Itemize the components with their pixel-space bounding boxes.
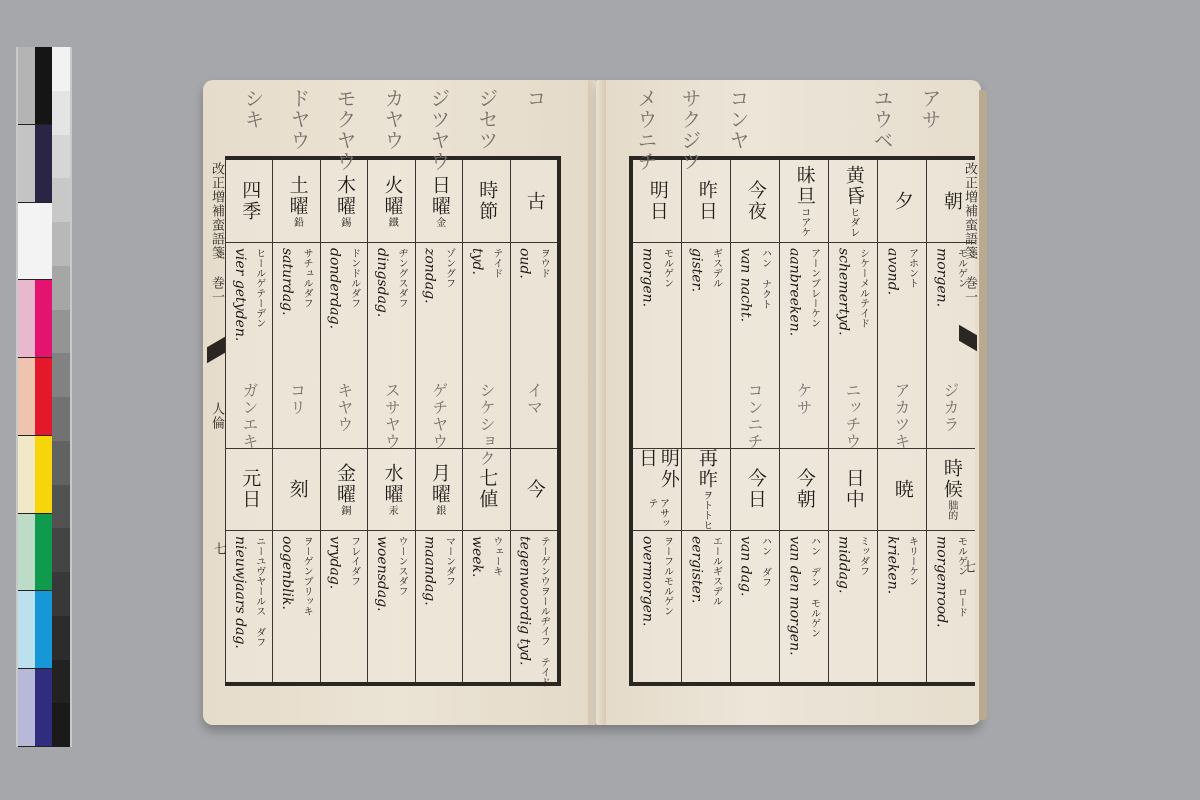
headword-kanji: 水曜汞 — [368, 448, 414, 530]
headword: 夕 — [891, 191, 913, 212]
grayscale-ramp — [52, 47, 70, 747]
section-marker — [207, 337, 225, 363]
pencil-annotation: ニッチウ — [841, 382, 864, 450]
pencil-margin-note: アサ — [916, 88, 945, 130]
headword: 日曜 — [428, 175, 450, 217]
headword-kanji: 昨日 — [682, 160, 730, 242]
katakana-reading: ヲーフルモルゲン — [660, 536, 675, 764]
color-swatch — [18, 125, 35, 203]
definition-cell: ハン デン モルゲンvan den morgen. — [780, 530, 828, 764]
headword-kanji: 刻 — [273, 448, 319, 530]
pencil-annotation: アカツキ — [890, 382, 913, 450]
color-swatch — [52, 310, 70, 354]
headword-annotation: 鉛 — [291, 217, 303, 227]
color-swatch — [18, 358, 35, 436]
color-swatch — [35, 358, 52, 436]
color-swatch — [35, 280, 52, 358]
katakana-reading: ウェーキ — [489, 536, 504, 764]
headword-kanji: 火曜鐵 — [368, 160, 414, 242]
pencil-margin-note: シキ — [239, 88, 268, 130]
headword-annotation: 鐵 — [386, 217, 398, 227]
color-swatches-saturated — [35, 47, 52, 747]
definition-cell: ヲーゲンブリッキoogenblik. — [273, 530, 319, 764]
headword-kanji: 今夜 — [731, 160, 779, 242]
headword-annotation: ヲトトヒ — [700, 490, 712, 530]
katakana-reading: サチュルダフ — [299, 248, 314, 448]
katakana-reading: ヲーゲンブリッキ — [299, 536, 314, 764]
dutch-word: eergister. — [689, 536, 705, 764]
headword-kanji: 明日 — [633, 160, 681, 242]
dutch-word: van dag. — [738, 536, 754, 764]
color-swatch — [18, 280, 35, 358]
katakana-reading: ミッダフ — [856, 536, 871, 764]
headword: 今日 — [744, 468, 766, 510]
headword: 金曜 — [333, 463, 355, 505]
definition-cell: サチュルダフsaturdag. — [273, 242, 319, 448]
color-swatch — [52, 703, 70, 747]
pencil-margin-note: コンヤ — [724, 88, 753, 151]
headword: 古 — [523, 191, 545, 212]
katakana-reading: アーンブレーケン — [807, 248, 822, 448]
headword-kanji: 今 — [511, 448, 557, 530]
headword: 今朝 — [793, 468, 815, 510]
color-swatch — [52, 397, 70, 441]
headword: 黄昏 — [842, 165, 864, 207]
dutch-word: van den morgen. — [787, 536, 803, 764]
definition-cell: テーゲンウヲールヂイフ テイドtegenwoordig tyd. — [511, 530, 557, 764]
color-swatch — [18, 591, 35, 669]
color-swatch — [35, 203, 52, 281]
table-column: 古ヲウドoud.イマ今テーゲンウヲールヂイフ テイドtegenwoordig t… — [510, 160, 557, 682]
headword-kanji: 時候朏的 — [927, 448, 975, 530]
table-column: 昧旦コアケアーンブレーケンaanbreeken.ケサ今朝ハン デン モルゲンva… — [779, 160, 828, 682]
book-title-margin: 改正増補蛮語箋 巻一 — [960, 162, 979, 304]
table-column: 日曜金ゾングフzondag.ゲチヤウ月曜銀マーンダフmaandag. — [415, 160, 462, 682]
definition-cell: ハン ダフvan dag. — [731, 530, 779, 764]
pencil-annotation: コンニチ — [743, 382, 766, 450]
dutch-word: tegenwoordig tyd. — [516, 536, 532, 764]
color-swatch — [35, 669, 52, 747]
headword-kanji: 土曜鉛 — [273, 160, 319, 242]
table-column: 土曜鉛サチュルダフsaturdag.コリ刻ヲーゲンブリッキoogenblik. — [272, 160, 319, 682]
pencil-margin-note: メウニチ — [632, 88, 661, 172]
table-column: 今夜ハン ナクトvan nacht.コンニチ今日ハン ダフvan dag. — [730, 160, 779, 682]
color-calibration-strip — [16, 47, 72, 747]
color-swatch — [18, 669, 35, 747]
headword-annotation: 朏的 — [945, 500, 957, 520]
headword-kanji: 今朝 — [780, 448, 828, 530]
katakana-reading: ハン デン モルゲン — [807, 536, 822, 764]
headword-kanji: 四季 — [226, 160, 272, 242]
definition-cell: ウーンスダフwoensdag. — [368, 530, 414, 764]
headword-annotation: 銅 — [338, 505, 350, 515]
dutch-word: krieken. — [885, 536, 901, 764]
headword-annotation: 銀 — [433, 505, 445, 515]
table-column: 火曜鐵ヂングスダフdingsdag.スサヤウ水曜汞ウーンスダフwoensdag. — [367, 160, 414, 682]
headword-annotation: コアケ — [798, 207, 810, 237]
table-column: 昨日ギスデルgister.再昨ヲトトヒエールギスデルeergister. — [681, 160, 730, 682]
headword: 水曜 — [381, 463, 403, 505]
headword: 明外日 — [635, 448, 679, 498]
headword-kanji: 再昨ヲトトヒ — [682, 448, 730, 530]
pencil-annotation: ガンエキ — [238, 382, 261, 450]
headword: 元日 — [238, 468, 260, 510]
dutch-word: week. — [469, 536, 485, 764]
dutch-word: oogenblik. — [279, 536, 295, 764]
dutch-word: oud. — [516, 248, 532, 448]
table-column: 黄昏ヒダレシケーメルテイドschemertyd.ニッチウ日中ミッダフmiddag… — [828, 160, 877, 682]
color-swatch — [18, 203, 35, 281]
headword-kanji: 古 — [511, 160, 557, 242]
headword-annotation: 錫 — [338, 217, 350, 227]
dutch-word: nieuwjaars dag. — [232, 536, 248, 764]
color-swatch — [18, 47, 35, 125]
pencil-margin-note: ユウベ — [868, 88, 897, 151]
headword: 朝 — [940, 191, 962, 212]
headword-kanji: 黄昏ヒダレ — [829, 160, 877, 242]
pencil-annotation: キヤウ — [333, 382, 356, 433]
headword: 暁 — [891, 479, 913, 500]
folio-number: 七 — [209, 542, 228, 556]
headword-annotation: 汞 — [386, 505, 398, 515]
headword-kanji: 七値 — [463, 448, 509, 530]
dutch-word: woensdag. — [374, 536, 390, 764]
pencil-margin-note: モクヤウ — [331, 88, 360, 172]
headword-kanji: 金曜銅 — [321, 448, 367, 530]
color-swatch — [52, 266, 70, 310]
katakana-reading: マーンダフ — [441, 536, 456, 764]
definition-cell: モルゲンmorgen. — [633, 242, 681, 448]
definition-cell: ヲウドoud. — [511, 242, 557, 448]
table-column: 四季ヒールゲテーデンvier getyden.ガンエキ元日ニーユヴヤールス ダフ… — [225, 160, 272, 682]
color-swatch — [52, 441, 70, 485]
dutch-word: saturdag. — [279, 248, 295, 448]
katakana-reading: フレイダフ — [347, 536, 362, 764]
vocabulary-table-right: 朝モルゲンmorgen.ジカラ時候朏的モルゲン ロードmorgenrood.夕ア… — [629, 156, 975, 686]
color-swatch — [35, 125, 52, 203]
pencil-margin-note: コ — [521, 88, 550, 109]
headword: 再昨 — [695, 448, 717, 490]
color-swatch — [35, 436, 52, 514]
color-swatch — [52, 660, 70, 704]
headword: 刻 — [286, 479, 308, 500]
definition-cell: アーンブレーケンaanbreeken. — [780, 242, 828, 448]
headword-kanji: 明外日アサッテ — [633, 448, 681, 530]
pencil-annotation: スサヤウ — [380, 382, 403, 450]
pencil-margin-note: ジツヤウ — [425, 88, 454, 172]
dutch-word: middag. — [836, 536, 852, 764]
color-swatch — [52, 353, 70, 397]
definition-cell: ウェーキweek. — [463, 530, 509, 764]
definition-cell: マーンダフmaandag. — [416, 530, 462, 764]
definition-cell: ニーユヴヤールス ダフnieuwjaars dag. — [226, 530, 272, 764]
definition-cell: キリーケンkrieken. — [878, 530, 926, 764]
definition-cell: ミッダフmiddag. — [829, 530, 877, 764]
color-swatch — [18, 436, 35, 514]
headword-kanji: 日中 — [829, 448, 877, 530]
katakana-reading: ハン ダフ — [758, 536, 773, 764]
book-title-margin: 改正増補蛮語箋 巻一 — [207, 162, 226, 304]
color-swatch — [52, 91, 70, 135]
headword: 日中 — [842, 468, 864, 510]
dutch-word: vrydag. — [327, 536, 343, 764]
headword: 今夜 — [744, 180, 766, 222]
vocabulary-table-left: 古ヲウドoud.イマ今テーゲンウヲールヂイフ テイドtegenwoordig t… — [225, 156, 561, 686]
folio-number: 七 — [958, 560, 977, 574]
color-swatch — [35, 47, 52, 125]
definition-cell: ヲーフルモルゲンovermorgen. — [633, 530, 681, 764]
pencil-margin-note: サクジツ — [676, 88, 705, 172]
katakana-reading: ヲウド — [536, 248, 551, 448]
dutch-word: gister. — [689, 248, 705, 448]
color-swatch — [52, 485, 70, 529]
headword: 月曜 — [428, 463, 450, 505]
katakana-reading: エールギスデル — [709, 536, 724, 764]
headword: 明日 — [646, 180, 668, 222]
pencil-margin-note: ジセツ — [473, 88, 502, 151]
pencil-margin-note: ドヤウ — [285, 88, 314, 151]
pencil-annotation: ゲチヤウ — [428, 382, 451, 450]
pencil-annotation: ジカラ — [939, 382, 962, 433]
pencil-annotation: イマ — [523, 382, 546, 416]
headword-kanji: 時節 — [463, 160, 509, 242]
pencil-annotation: コリ — [285, 382, 308, 416]
headword: 火曜 — [381, 175, 403, 217]
headword-annotation: アサッテ — [646, 498, 669, 530]
dutch-word: aanbreeken. — [787, 248, 803, 448]
right-page: 朝モルゲンmorgen.ジカラ時候朏的モルゲン ロードmorgenrood.夕ア… — [596, 80, 981, 725]
headword: 時節 — [475, 180, 497, 222]
headword: 昧旦 — [793, 165, 815, 207]
color-swatch — [35, 514, 52, 592]
headword-kanji: 昧旦コアケ — [780, 160, 828, 242]
color-swatch — [52, 47, 70, 91]
table-column: 夕アホントavond.アカツキ暁キリーケンkrieken. — [877, 160, 926, 682]
headword: 土曜 — [286, 175, 308, 217]
definition-cell: ギスデルgister. — [682, 242, 730, 448]
headword: 今 — [523, 479, 545, 500]
katakana-reading: ギスデル — [709, 248, 724, 448]
color-swatch — [52, 178, 70, 222]
color-swatch — [18, 514, 35, 592]
table-column: 時節テイドtyd.シケショク七値ウェーキweek. — [462, 160, 509, 682]
color-swatch — [52, 616, 70, 660]
definition-cell: エールギスデルeergister. — [682, 530, 730, 764]
dutch-word: maandag. — [421, 536, 437, 764]
pencil-margin-note: カヤウ — [379, 88, 408, 151]
headword-kanji: 元日 — [226, 448, 272, 530]
headword: 木曜 — [333, 175, 355, 217]
katakana-reading: キリーケン — [905, 536, 920, 764]
dutch-word: morgen. — [640, 248, 656, 448]
headword-kanji: 夕 — [878, 160, 926, 242]
left-page: 古ヲウドoud.イマ今テーゲンウヲールヂイフ テイドtegenwoordig t… — [203, 80, 596, 725]
section-label: 人倫 — [207, 402, 226, 430]
table-column: 明日モルゲンmorgen.明外日アサッテヲーフルモルゲンovermorgen. — [633, 160, 681, 682]
katakana-reading: ウーンスダフ — [394, 536, 409, 764]
katakana-reading: テーゲンウヲールヂイフ テイド — [536, 536, 551, 764]
katakana-reading: ニーユヴヤールス ダフ — [252, 536, 267, 764]
headword-annotation: ヒダレ — [847, 207, 859, 237]
katakana-reading: モルゲン — [660, 248, 675, 448]
headword: 昨日 — [695, 180, 717, 222]
color-swatch — [52, 135, 70, 179]
open-book: 古ヲウドoud.イマ今テーゲンウヲールヂイフ テイドtegenwoordig t… — [203, 80, 981, 730]
table-column: 木曜錫ドンドルダフdonderdag.キヤウ金曜銅フレイダフvrydag. — [320, 160, 367, 682]
headword-kanji: 日曜金 — [416, 160, 462, 242]
pencil-annotation: ケサ — [792, 382, 815, 416]
color-swatch — [52, 572, 70, 616]
headword: 七値 — [475, 468, 497, 510]
color-swatch — [35, 591, 52, 669]
book-gutter — [588, 80, 606, 725]
headword: 四季 — [238, 180, 260, 222]
dutch-word: overmorgen. — [640, 536, 656, 764]
headword: 時候 — [940, 458, 962, 500]
color-swatch — [52, 222, 70, 266]
headword-kanji: 今日 — [731, 448, 779, 530]
page-edges — [979, 90, 987, 720]
color-swatches-light — [18, 47, 35, 747]
dutch-word: morgenrood. — [934, 536, 950, 764]
headword-kanji: 暁 — [878, 448, 926, 530]
headword-kanji: 木曜錫 — [321, 160, 367, 242]
definition-cell: フレイダフvrydag. — [321, 530, 367, 764]
color-swatch — [52, 528, 70, 572]
headword-kanji: 月曜銀 — [416, 448, 462, 530]
headword-annotation: 金 — [433, 217, 445, 227]
